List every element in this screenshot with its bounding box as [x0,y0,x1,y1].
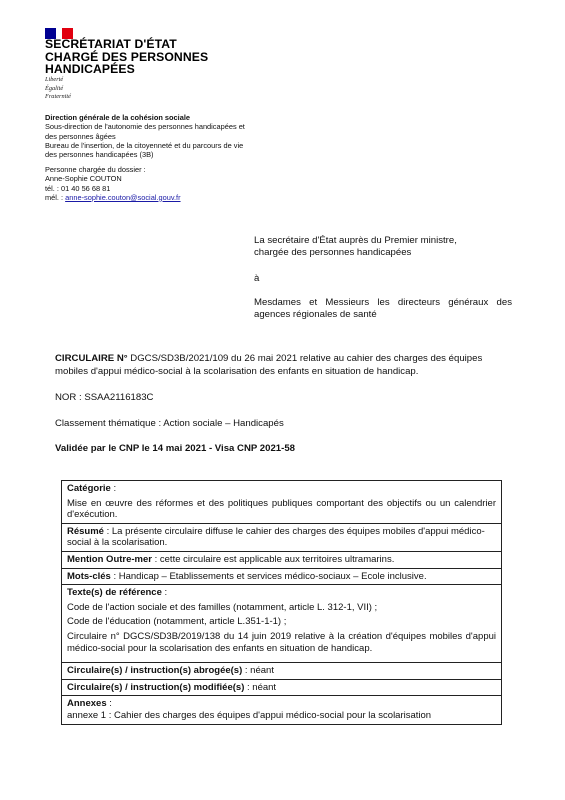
row-text: Mise en œuvre des réformes et des politi… [67,498,496,521]
email-link[interactable]: anne-sophie.couton@social.gouv.fr [65,193,180,202]
from-line: chargée des personnes handicapées [254,247,512,259]
org-line: HANDICAPÉES [45,63,208,76]
sender-line: des personnes âgées [45,132,275,141]
row-label: Circulaire(s) / instruction(s) abrogée(s… [67,665,242,676]
contact-phone: tél. : 01 40 56 68 81 [45,184,181,193]
contact-name: Anne-Sophie COUTON [45,174,181,183]
organization-name: SECRÉTARIAT D'ÉTAT CHARGÉ DES PERSONNES … [45,38,208,76]
recipient-block: Mesdames et Messieurs les directeurs gén… [254,297,512,321]
to-line: agences régionales de santé [254,309,512,321]
table-row-abrogees: Circulaire(s) / instruction(s) abrogée(s… [62,662,501,679]
table-row-modifiees: Circulaire(s) / instruction(s) modifiée(… [62,679,501,696]
row-label: Mots-clés [67,571,111,582]
row-label: Texte(s) de référence [67,587,162,598]
contact-block: Personne chargée du dossier : Anne-Sophi… [45,165,181,202]
circulaire-title: CIRCULAIRE N° DGCS/SD3B/2021/109 du 26 m… [55,353,513,378]
from-line: La secrétaire d'État auprès du Premier m… [254,235,512,247]
row-text: : cette circulaire est applicable aux te… [152,554,394,565]
summary-table: Catégorie : Mise en œuvre des réformes e… [61,480,502,725]
row-text: : La présente circulaire diffuse le cahi… [67,526,485,549]
row-text: : Handicap – Etablissements et services … [111,571,427,582]
circulaire-label: CIRCULAIRE N° [55,353,128,364]
row-sep: : [107,698,112,709]
row-label: Résumé [67,526,104,537]
republic-motto: Liberté Égalité Fraternité [45,76,71,102]
to-line: Mesdames et Messieurs les directeurs gén… [254,297,512,309]
row-sep: : [111,483,116,494]
sender-line: Bureau de l'insertion, de la citoyenneté… [45,141,275,150]
table-row-mots-cles: Mots-clés : Handicap – Etablissements et… [62,568,501,585]
row-label: Catégorie [67,483,111,494]
nor-number: NOR : SSAA2116183C [55,392,153,404]
validation-cnp: Validée par le CNP le 14 mai 2021 - Visa… [55,443,295,455]
to-word: à [254,273,512,285]
row-label: Annexes [67,698,107,709]
reference-item: Code de l'action sociale et des familles… [67,602,496,614]
direction-name: Direction générale de la cohésion social… [45,113,275,122]
row-sep: : [162,587,167,598]
sender-title-block: La secrétaire d'État auprès du Premier m… [254,235,512,259]
email-label: mél. : [45,193,65,202]
row-label: Circulaire(s) / instruction(s) modifiée(… [67,682,244,693]
motto-line: Liberté [45,76,71,85]
annexe-item: annexe 1 : Cahier des charges des équipe… [67,710,496,722]
table-row-categorie: Catégorie : Mise en œuvre des réformes e… [62,481,501,523]
row-text: : néant [242,665,274,676]
table-row-outre-mer: Mention Outre-mer : cette circulaire est… [62,551,501,568]
reference-item: Code de l'éducation (notamment, article … [67,616,496,628]
reference-item: Circulaire n° DGCS/SD3B/2019/138 du 14 j… [67,631,496,660]
table-row-textes-reference: Texte(s) de référence : Code de l'action… [62,584,501,662]
contact-label: Personne chargée du dossier : [45,165,181,174]
sender-line: des personnes handicapées (3B) [45,150,275,159]
table-row-resume: Résumé : La présente circulaire diffuse … [62,523,501,551]
motto-line: Fraternité [45,93,71,102]
motto-line: Égalité [45,85,71,94]
classement-thematique: Classement thématique : Action sociale –… [55,418,284,430]
table-row-annexes: Annexes : annexe 1 : Cahier des charges … [62,695,501,723]
sender-block: Direction générale de la cohésion social… [45,113,275,159]
row-text: : néant [244,682,276,693]
contact-email-row: mél. : anne-sophie.couton@social.gouv.fr [45,193,181,202]
org-line: SECRÉTARIAT D'ÉTAT [45,38,208,51]
sender-line: Sous-direction de l'autonomie des person… [45,122,275,131]
row-label: Mention Outre-mer [67,554,152,565]
